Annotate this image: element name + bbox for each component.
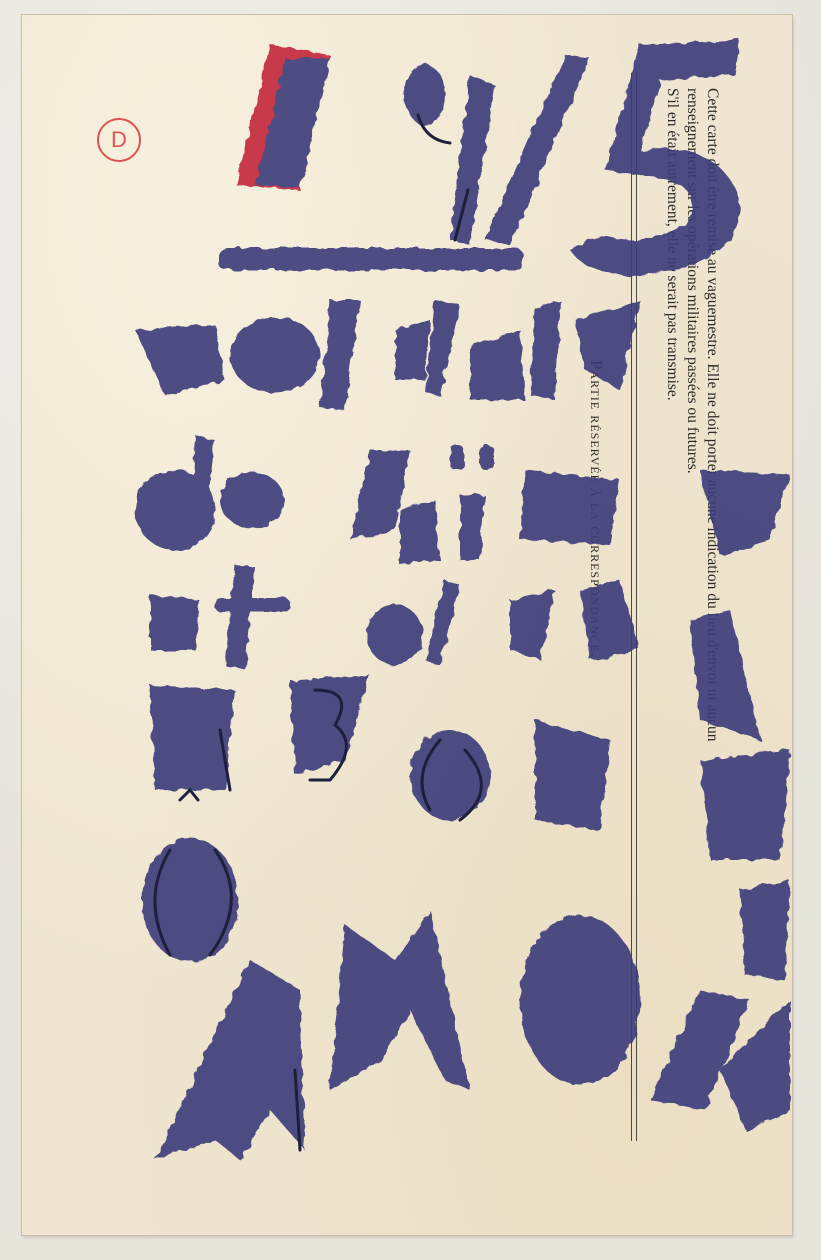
digit-5 <box>570 40 740 276</box>
letter-o <box>230 317 320 393</box>
letter-d-3 <box>367 605 423 665</box>
slash-stroke <box>485 55 590 245</box>
letter-e-3 <box>150 595 200 650</box>
letter-d-stem <box>425 300 460 395</box>
dot-1 <box>450 445 464 470</box>
letter-c <box>700 470 790 555</box>
letter-d-bowl <box>395 320 430 380</box>
letter-t-2 <box>225 565 255 670</box>
letter-s-end <box>575 300 640 390</box>
letter-fragment <box>740 880 790 980</box>
letter-M <box>330 910 470 1090</box>
digit-9-stem <box>450 75 495 245</box>
letter-s <box>135 325 225 395</box>
digit-9-loop <box>405 65 445 125</box>
letter-s-2 <box>580 580 640 660</box>
underline-bar <box>218 248 523 270</box>
letter-i <box>460 495 485 560</box>
letter-t-bar <box>215 598 290 612</box>
letter-A <box>155 960 305 1160</box>
letter-O-3 <box>520 915 640 1085</box>
letter-a <box>470 330 525 400</box>
letter-l <box>320 300 360 410</box>
letter-t <box>530 300 560 400</box>
letter-e <box>220 472 284 528</box>
letter-c-2 <box>690 610 760 740</box>
letter-d-stem-3 <box>425 580 460 665</box>
letter-e-2 <box>520 470 620 545</box>
letter-e-4 <box>510 590 555 660</box>
painted-lettering <box>0 0 821 1260</box>
letter-N <box>535 720 610 830</box>
letter-a-2 <box>400 500 440 565</box>
dot-2 <box>480 445 494 470</box>
letter-B <box>290 675 370 775</box>
letter-L <box>700 750 790 860</box>
